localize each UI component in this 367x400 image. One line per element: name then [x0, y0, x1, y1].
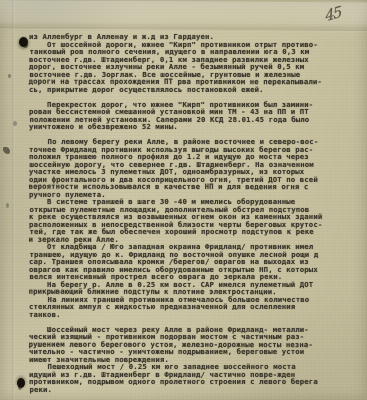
ink-smudge — [13, 121, 17, 126]
text-line: открытые пулеметные площадки, дополнител… — [30, 206, 364, 214]
punch-hole-bottom — [17, 378, 25, 388]
text-line: сь, прикрытие дорог осуществлялось поста… — [29, 86, 363, 94]
text-line: дороги на трассах прохождения ПТ рва про… — [29, 78, 363, 86]
text-line: уничтожено и обезврежено 52 мины. — [29, 123, 363, 131]
text-line: танков. — [29, 311, 363, 319]
text-line: реки. — [30, 386, 364, 394]
text-line — [30, 318, 364, 326]
text-line: велся интенсивный прострел всего оврага … — [30, 273, 364, 281]
text-line: рушением левого берегового устоя, железн… — [29, 340, 363, 348]
text-line: шоссейную дорогу, что севернее г.дв. Шта… — [30, 161, 364, 169]
text-line: вероятности использовывался в качестве Н… — [29, 183, 363, 191]
typewritten-text-block: из Алленбург в Алленау и ж.д из Гардауен… — [29, 33, 363, 393]
text-line: Пешеходный мост / 0.25 км юго западнее ш… — [30, 363, 364, 371]
punch-hole-top — [19, 37, 28, 47]
text-line: положении летней установки. Саперами 20 … — [30, 116, 364, 124]
scanned-document-page: 45 из Алленбург в Алленау и ж.д из Гарда… — [0, 0, 367, 400]
ink-smudge — [3, 147, 10, 154]
text-line: На линиях траншей противника отмечалось … — [30, 296, 364, 304]
text-line: стеклянных ампул с жидкостью предназначе… — [29, 303, 363, 311]
text-line: и зеркало реки Алле. — [29, 235, 363, 243]
ink-smudge — [8, 74, 11, 78]
text-line: траншею, идущую до к. Фридланд по восточ… — [30, 251, 364, 259]
text-line: противником, подрывом одного пролетного … — [29, 378, 363, 386]
paper-crease-band — [0, 0, 367, 32]
ink-smudge — [6, 203, 9, 208]
text-line — [30, 93, 364, 101]
text-line: танковый ров полного сечения, идущего в … — [30, 48, 364, 56]
text-line: По левому берегу реки Алле, в районе вос… — [30, 138, 364, 146]
fold-line — [12, 0, 15, 400]
